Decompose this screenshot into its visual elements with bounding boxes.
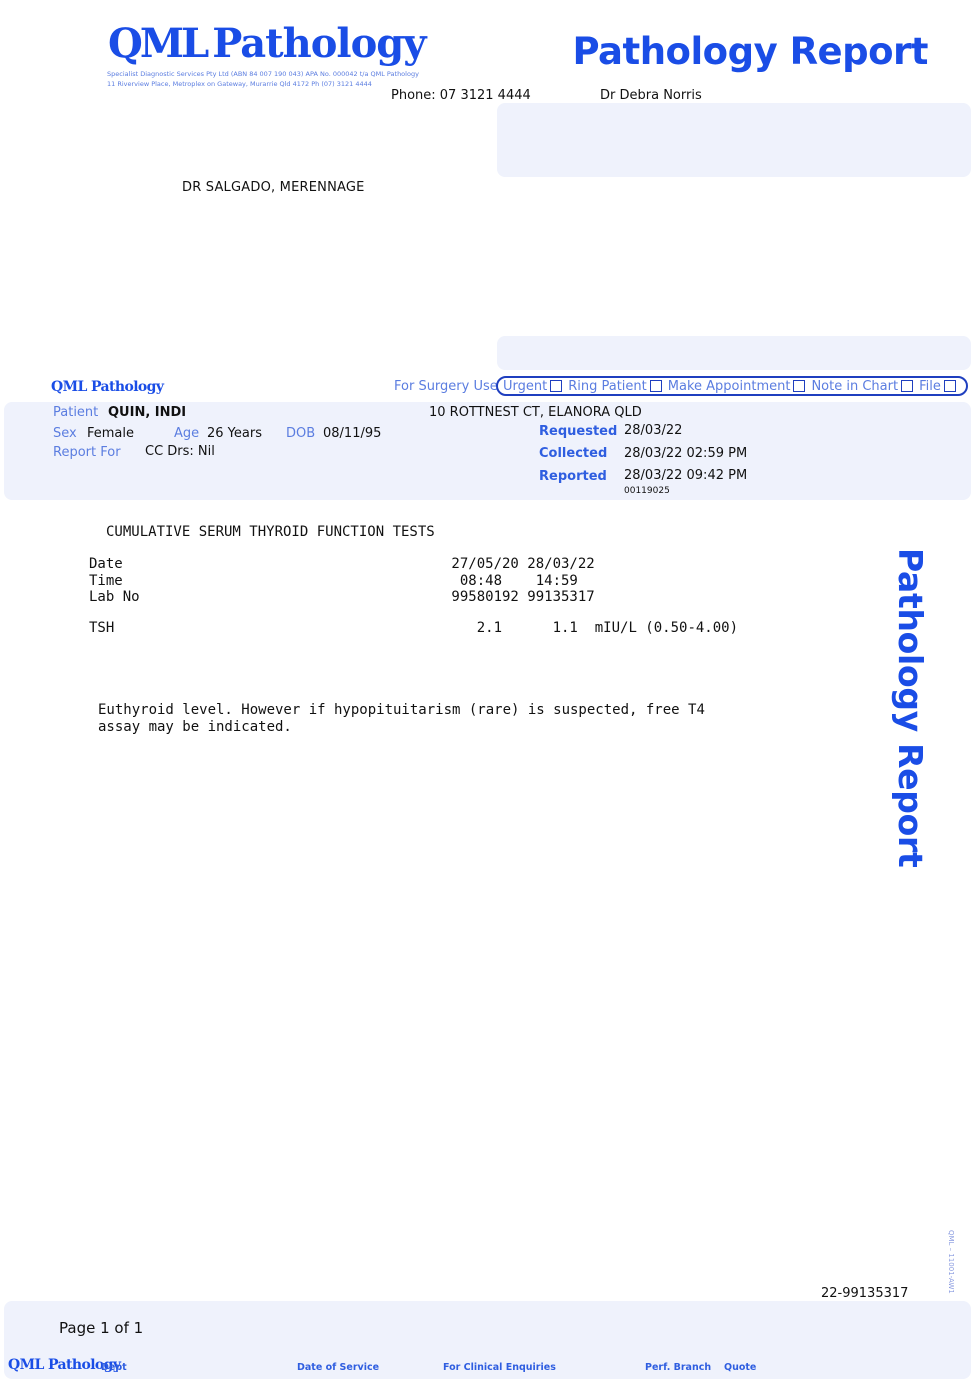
note-in-chart-checkbox[interactable] (901, 380, 913, 392)
side-title: Pathology Report (891, 548, 930, 867)
form-code: QML – 11001-AW1 (947, 1230, 955, 1294)
clinical-enquiries-label: For Clinical Enquiries (443, 1362, 556, 1373)
qml-logo: QML Pathology (108, 14, 426, 66)
report-title: Pathology Report (572, 30, 928, 73)
surgery-use-label: For Surgery Use (394, 379, 498, 394)
surgery-use-options: Urgent Ring Patient Make Appointment Not… (496, 376, 968, 396)
address-panel (497, 103, 971, 177)
option-ring-patient[interactable]: Ring Patient (568, 379, 662, 394)
report-comment-line1: Euthyroid level. However if hypopituitar… (98, 702, 705, 719)
report-comment-line2: assay may be indicated. (98, 719, 292, 736)
dob-label: DOB (286, 426, 315, 441)
requested-date: 28/03/22 (624, 423, 682, 438)
collected-label: Collected (539, 446, 607, 461)
option-file[interactable]: File (919, 379, 956, 394)
sex-label: Sex (53, 426, 77, 441)
file-checkbox[interactable] (944, 380, 956, 392)
patient-dob: 08/11/95 (323, 426, 381, 441)
make-appointment-checkbox[interactable] (793, 380, 805, 392)
provider-number: 00119025 (624, 486, 670, 496)
page-number: Page 1 of 1 (59, 1319, 143, 1337)
surgery-notes-panel (497, 336, 971, 370)
option-make-appointment[interactable]: Make Appointment (668, 379, 806, 394)
company-details-line1: Specialist Diagnostic Services Pty Ltd (… (107, 70, 419, 78)
report-for-label: Report For (53, 445, 121, 460)
date-of-service-label: Date of Service (297, 1362, 379, 1373)
perf-branch-label: Perf. Branch (645, 1362, 711, 1373)
requested-label: Requested (539, 424, 617, 439)
option-urgent[interactable]: Urgent (503, 379, 562, 394)
logo-mark: QML (108, 22, 206, 66)
patient-address: 10 ROTTNEST CT, ELANORA QLD (429, 405, 642, 420)
company-details-line2: 11 Riverview Place, Metroplex on Gateway… (107, 80, 372, 88)
qml-mini-logo: QML Pathology (51, 379, 163, 395)
test-row-tsh: TSH 2.1 1.1 mIU/L (0.50-4.00) (89, 620, 738, 637)
requesting-doctor: Dr Debra Norris (600, 88, 702, 103)
logo-word: Pathology (212, 22, 425, 66)
collected-date: 28/03/22 02:59 PM (624, 446, 747, 461)
patient-label: Patient (53, 405, 98, 420)
dept-label: Dept (101, 1362, 127, 1373)
table-row-lab-no: Lab No 99580192 99135317 (89, 589, 595, 606)
report-recipient: DR SALGADO, MERENNAGE (182, 180, 365, 195)
table-row-time: Time 08:48 14:59 (89, 573, 595, 590)
patient-age: 26 Years (207, 426, 262, 441)
report-heading: CUMULATIVE SERUM THYROID FUNCTION TESTS (106, 524, 435, 541)
option-note-in-chart[interactable]: Note in Chart (811, 379, 913, 394)
reported-label: Reported (539, 469, 607, 484)
lab-phone: Phone: 07 3121 4444 (391, 88, 531, 103)
quote-label: Quote (724, 1362, 756, 1373)
urgent-checkbox[interactable] (550, 380, 562, 392)
report-for-value: CC Drs: Nil (145, 444, 215, 459)
table-row-date: Date 27/05/20 28/03/22 (89, 556, 595, 573)
patient-sex: Female (87, 426, 134, 441)
ring-patient-checkbox[interactable] (650, 380, 662, 392)
patient-name: QUIN, INDI (108, 405, 186, 420)
reported-date: 28/03/22 09:42 PM (624, 468, 747, 483)
report-reference: 22-99135317 (821, 1286, 908, 1301)
age-label: Age (174, 426, 199, 441)
